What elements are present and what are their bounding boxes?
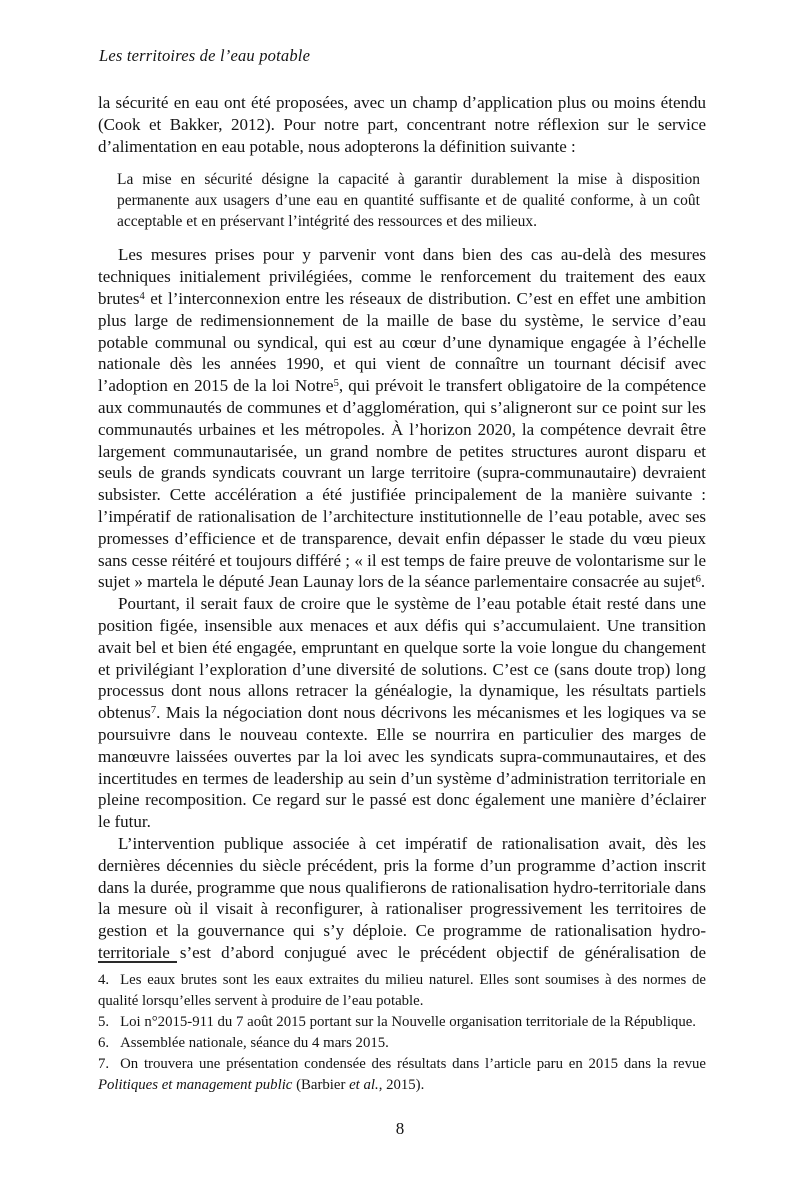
running-header: Les territoires de l’eau potable	[99, 46, 310, 66]
book-page: Les territoires de l’eau potable la sécu…	[0, 0, 800, 1200]
footnote-item: 5.Loi n°2015-911 du 7 août 2015 portant …	[98, 1012, 706, 1033]
footnote-marker: 6.	[98, 1035, 109, 1051]
body-paragraph: L’intervention publique associée à cet i…	[98, 833, 706, 964]
footnote-item: 4.Les eaux brutes sont les eaux extraite…	[98, 970, 706, 1012]
footnotes-section: 4.Les eaux brutes sont les eaux extraite…	[98, 961, 706, 1096]
body-paragraph: Pourtant, il serait faux de croire que l…	[98, 593, 706, 833]
footnote-text: On trouvera une présentation condensée d…	[98, 1056, 706, 1093]
footnote-marker: 4.	[98, 972, 109, 988]
footnote-text: Assemblée nationale, séance du 4 mars 20…	[120, 1035, 389, 1051]
footnote-text: Loi n°2015-911 du 7 août 2015 portant su…	[120, 1014, 696, 1030]
footnote-text: Les eaux brutes sont les eaux extraites …	[98, 972, 706, 1009]
footnote-item: 7.On trouvera une présentation condensée…	[98, 1054, 706, 1096]
body-paragraph: la sécurité en eau ont été proposées, av…	[98, 92, 706, 157]
footnote-marker: 5.	[98, 1014, 109, 1030]
block-quote: La mise en sécurité désigne la capacité …	[117, 169, 700, 232]
footnote-item: 6.Assemblée nationale, séance du 4 mars …	[98, 1033, 706, 1054]
footnote-marker: 7.	[98, 1056, 109, 1072]
page-number: 8	[0, 1119, 800, 1139]
page-body: la sécurité en eau ont été proposées, av…	[98, 92, 706, 964]
body-paragraph: Les mesures prises pour y parvenir vont …	[98, 244, 706, 593]
footnote-separator	[98, 961, 177, 963]
